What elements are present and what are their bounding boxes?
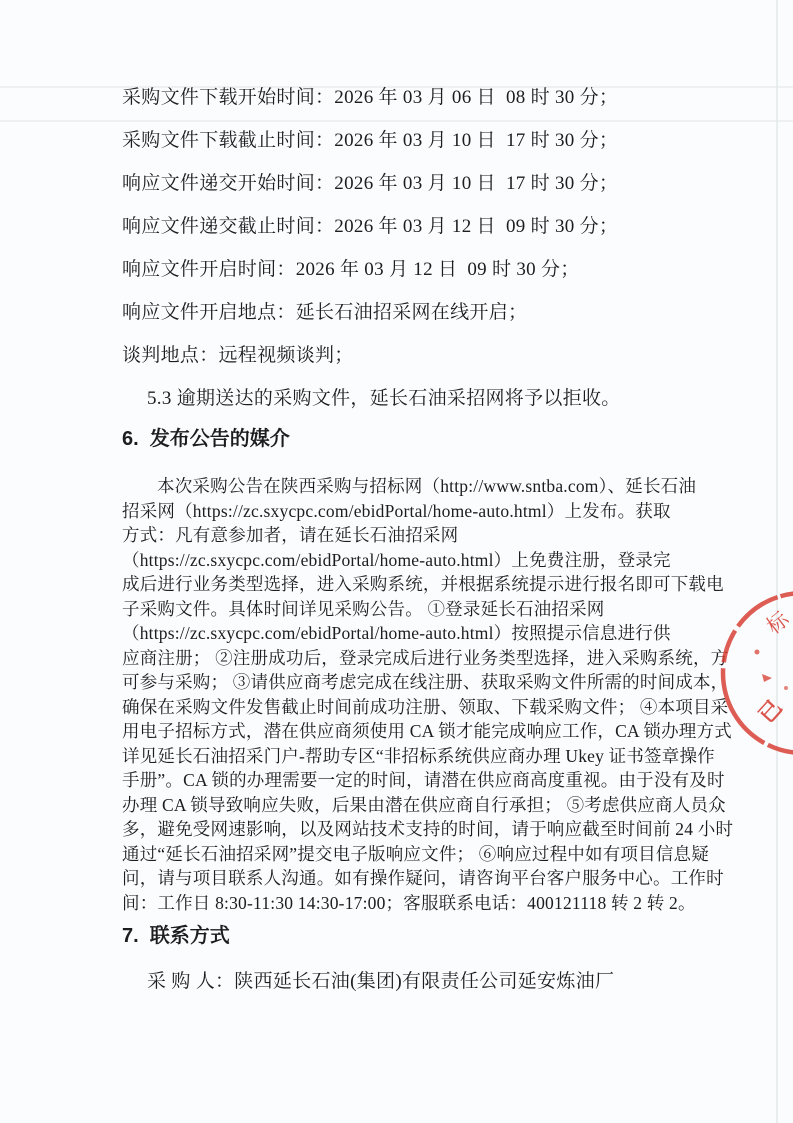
paragraph-line: 间：工作日 8:30-11:30 14:30-17:00；客服联系电话：4001… bbox=[122, 891, 700, 916]
paragraph-line: 方式：凡有意参加者，请在延长石油招采网 bbox=[122, 523, 700, 548]
schedule-line: 谈判地点：远程视频谈判； bbox=[122, 346, 700, 365]
section-6-heading: 6. 发布公告的媒介 bbox=[122, 429, 700, 449]
paragraph-line: 详见延长石油招采门户-帮助专区“非招标系统供应商办理 Ukey 证书签章操作 bbox=[122, 744, 700, 769]
page-edge-shadow bbox=[776, 0, 778, 1123]
paragraph-line: 办理 CA 锁导致响应失败，后果由潜在供应商自行承担； ⑤考虑供应商人员众 bbox=[122, 793, 700, 818]
paragraph-line: 用电子招标方式，潜在供应商须使用 CA 锁才能完成响应工作，CA 锁办理方式 bbox=[122, 719, 700, 744]
paragraph-line: 成后进行业务类型选择，进入采购系统，并根据系统提示进行报名即可下载电 bbox=[122, 572, 700, 597]
schedule-line: 响应文件开启时间：2026 年 03 月 12 日 09 时 30 分； bbox=[122, 260, 700, 279]
schedule-line: 响应文件开启地点：延长石油招采网在线开启； bbox=[122, 303, 700, 322]
seal-glyph-2: 已 bbox=[754, 695, 787, 728]
section-7-heading: 7. 联系方式 bbox=[122, 926, 700, 946]
paragraph-line: 问，请与项目联系人沟通。如有操作疑问，请咨询平台客户服务中心。工作时 bbox=[122, 866, 700, 891]
paragraph-line: （https://zc.sxycpc.com/ebidPortal/home-a… bbox=[122, 548, 700, 573]
paragraph-line: 本次采购公告在陕西采购与招标网（http://www.sntba.com）、延长… bbox=[122, 474, 700, 499]
schedule-line: 采购文件下载开始时间：2026 年 03 月 06 日 08 时 30 分； bbox=[122, 88, 700, 107]
document-body: 采购文件下载开始时间：2026 年 03 月 06 日 08 时 30 分；采购… bbox=[122, 88, 700, 991]
clause-5-3: 5.3 逾期送达的采购文件，延长石油采招网将予以拒收。 bbox=[122, 389, 700, 408]
paragraph-line: 可参与采购； ③请供应商考虑完成在线注册、获取采购文件所需的时间成本， bbox=[122, 670, 700, 695]
paragraph-line: 手册”。CA 锁的办理需要一定的时间，请潜在供应商高度重视。由于没有及时 bbox=[122, 768, 700, 793]
paragraph-line: 应商注册； ②注册成功后，登录完成后进行业务类型选择，进入采购系统，方 bbox=[122, 646, 700, 671]
schedule-line: 响应文件递交开始时间：2026 年 03 月 10 日 17 时 30 分； bbox=[122, 174, 700, 193]
buyer-line: 采 购 人：陕西延长石油(集团)有限责任公司延安炼油厂 bbox=[122, 972, 700, 991]
scanned-document-page: 采购文件下载开始时间：2026 年 03 月 06 日 08 时 30 分；采购… bbox=[0, 0, 793, 1123]
schedule-line: 响应文件递交截止时间：2026 年 03 月 12 日 09 时 30 分； bbox=[122, 217, 700, 236]
paragraph-line: 子采购文件。具体时间详见采购公告。 ①登录延长石油招采网 bbox=[122, 597, 700, 622]
paragraph-line: 招采网（https://zc.sxycpc.com/ebidPortal/hom… bbox=[122, 499, 700, 524]
paragraph-line: （https://zc.sxycpc.com/ebidPortal/home-a… bbox=[122, 621, 700, 646]
schedule-block: 采购文件下载开始时间：2026 年 03 月 06 日 08 时 30 分；采购… bbox=[122, 88, 700, 365]
paragraph-line: 多，避免受网速影响，以及网站技术支持的时间，请于响应截至时间前 24 小时 bbox=[122, 817, 700, 842]
seal-circle-border bbox=[723, 593, 793, 753]
section-6-paragraph: 本次采购公告在陕西采购与招标网（http://www.sntba.com）、延长… bbox=[122, 474, 700, 915]
paragraph-line: 确保在采购文件发售截止时间前成功注册、领取、下载采购文件； ④本项目采 bbox=[122, 695, 700, 720]
schedule-line: 采购文件下载截止时间：2026 年 03 月 10 日 17 时 30 分； bbox=[122, 131, 700, 150]
paragraph-line: 通过“延长石油招采网”提交电子版响应文件； ⑥响应过程中如有项目信息疑 bbox=[122, 842, 700, 867]
